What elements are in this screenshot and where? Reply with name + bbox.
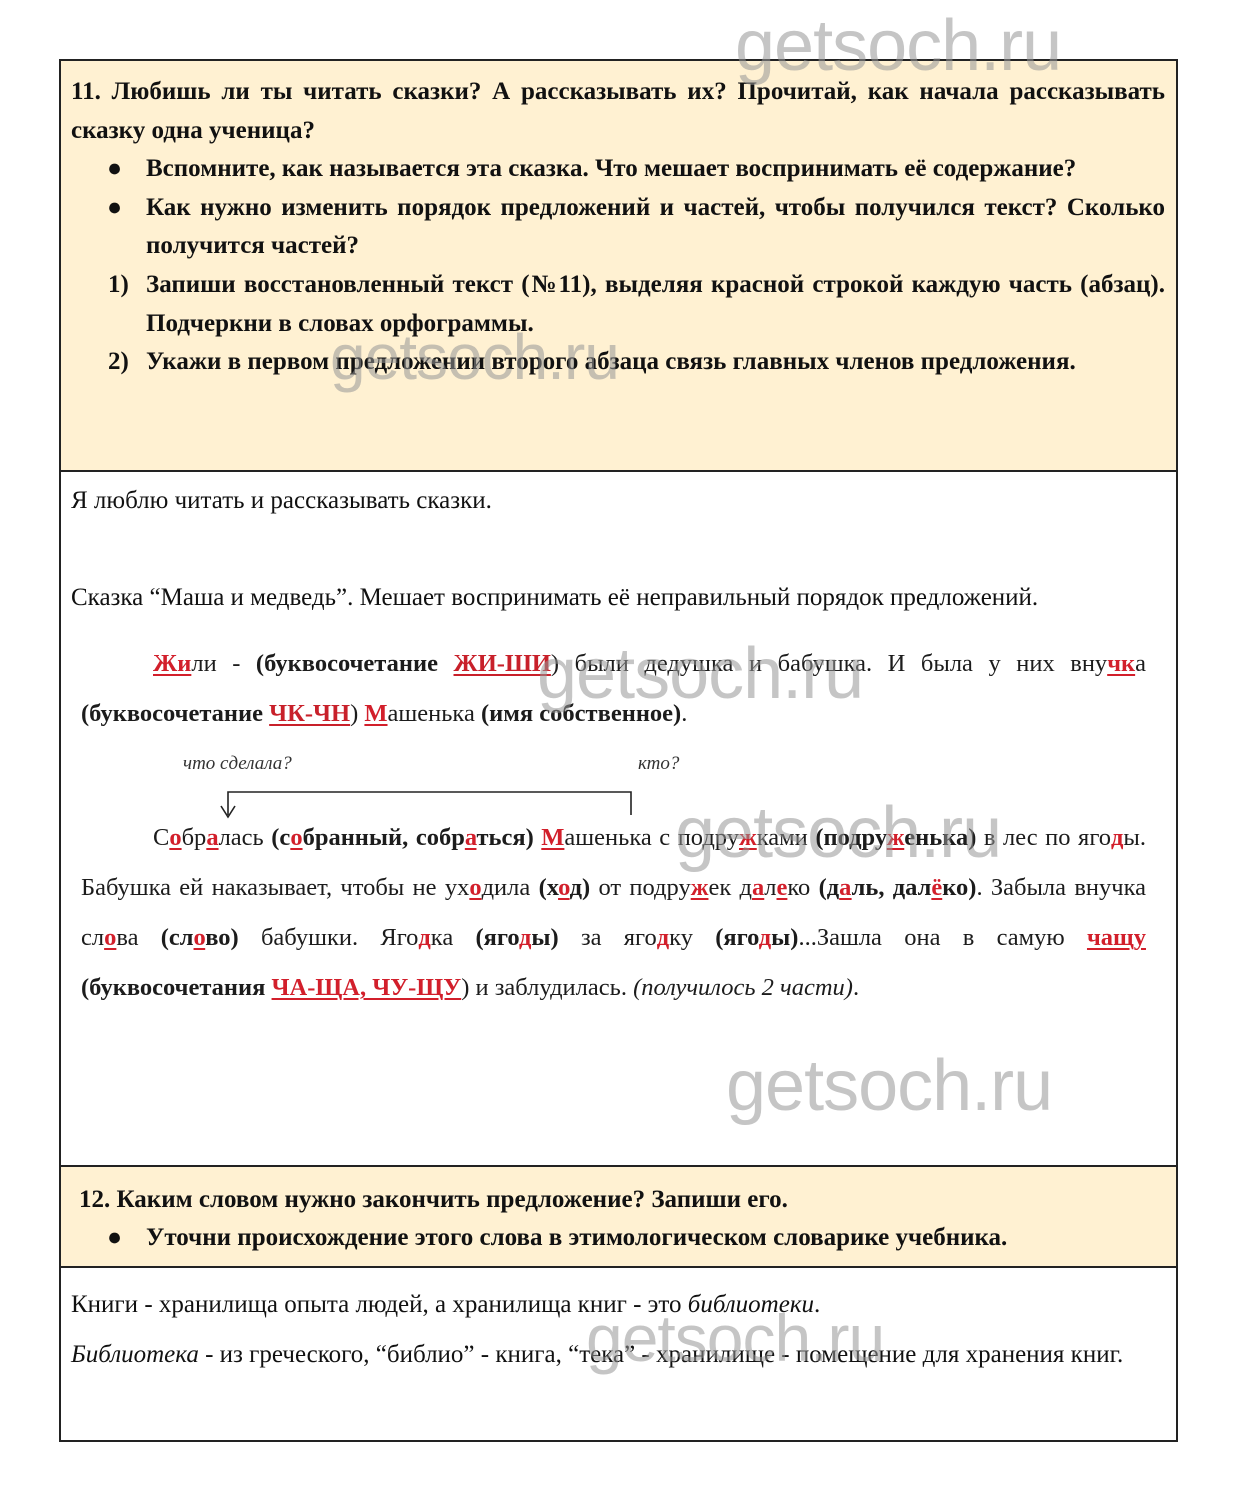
text-segment: ка — [431, 924, 476, 951]
answer-12-line-1: Книги - хранилища опыта людей, а хранили… — [71, 1280, 1166, 1330]
text-segment: ку — [669, 924, 715, 951]
text-segment: д) — [570, 874, 591, 901]
orthogram: о — [469, 874, 481, 901]
orthogram: ЧА-ЩА, ЧУ-ЩУ — [272, 974, 462, 1001]
text-segment: енька) — [904, 824, 976, 851]
text-segment: ...Зашла она в самую — [798, 924, 1087, 951]
orthogram: о — [290, 824, 302, 851]
text-segment: С — [153, 824, 169, 851]
text-segment: ко — [787, 874, 818, 901]
orthogram: а — [839, 874, 851, 901]
text-segment: ва — [116, 924, 160, 951]
task-11-block: 11. Любишь ли ты читать сказки? А расска… — [61, 61, 1176, 472]
text-segment: от подру — [590, 874, 691, 901]
story-paragraph-1: Жили - (буквосочетание ЖИ-ШИ) были дедуш… — [81, 639, 1146, 739]
story-paragraph-2: Собралась (собранный, собраться) Машеньк… — [81, 813, 1146, 1013]
task-11-step-1: 1) Запиши восстановленный текст (№11), в… — [71, 266, 1165, 343]
task-11-bullet: ● Вспомните, как называется эта сказка. … — [71, 150, 1165, 189]
text-segment: (яго — [475, 924, 518, 951]
text-segment: (д — [819, 874, 840, 901]
task-12-block: 12. Каким словом нужно закончить предлож… — [61, 1165, 1176, 1268]
orthogram: д — [1111, 824, 1123, 851]
text-segment: ашенька с подру — [564, 824, 739, 851]
orthogram: а — [465, 824, 477, 851]
orthogram: д — [657, 924, 669, 951]
text-segment: (с — [271, 824, 290, 851]
orthogram: ж — [739, 824, 757, 851]
orthogram: а — [206, 824, 218, 851]
text-segment: ться) — [476, 824, 533, 851]
orthogram: д — [519, 924, 531, 951]
sentence-parse-diagram: что сделала? кто? — [71, 753, 1166, 821]
orthogram: д — [418, 924, 430, 951]
orthogram: а — [752, 874, 764, 901]
orthogram: М — [541, 824, 564, 851]
text-segment: . — [853, 974, 859, 1001]
bullet-icon: ● — [107, 150, 122, 189]
task-12-bullet: ● Уточни происхождение этого слова в эти… — [79, 1219, 1148, 1257]
text-segment: ками — [757, 824, 816, 851]
text-segment: лась — [219, 824, 272, 851]
text-segment: за яго — [559, 924, 657, 951]
text-segment: (яго — [715, 924, 758, 951]
answer-11-line-1: Я люблю читать и рассказывать сказки. — [71, 486, 1166, 516]
text-segment: ы) — [771, 924, 798, 951]
text-segment: ко) — [942, 874, 976, 901]
orthogram: ж — [691, 874, 709, 901]
text-segment: (сл — [161, 924, 194, 951]
text-segment: ) и заблудилась. — [461, 974, 633, 1001]
task-11-heading: 11. Любишь ли ты читать сказки? А расска… — [71, 73, 1165, 150]
bullet-icon: ● — [107, 1219, 122, 1257]
answer-12-block: Книги - хранилища опыта людей, а хранили… — [61, 1268, 1176, 1440]
task-12-heading: 12. Каким словом нужно закончить предлож… — [79, 1181, 1148, 1219]
bullet-icon: ● — [107, 189, 122, 228]
text-segment: ль, дал — [852, 874, 932, 901]
text-segment: (получилось 2 части) — [633, 974, 853, 1001]
answer-12-line-2: Библиотека - из греческого, “библио” - к… — [71, 1330, 1166, 1380]
text-segment: бр — [182, 824, 207, 851]
text-segment: бранный, собр — [303, 824, 465, 851]
orthogram: о — [194, 924, 206, 951]
orthogram: е — [777, 874, 788, 901]
text-segment: ы) — [531, 924, 558, 951]
text-segment: л — [764, 874, 776, 901]
orthogram: ж — [887, 824, 904, 851]
orthogram: ё — [931, 874, 942, 901]
link-arrow-icon — [71, 753, 671, 821]
orthogram: о — [169, 824, 181, 851]
task-11-step-2: 2) Укажи в первом предложении второго аб… — [71, 343, 1165, 382]
answer-11-line-2: Сказка “Маша и медведь”. Мешает восприни… — [71, 573, 1166, 623]
text-segment: в лес по яго — [976, 824, 1111, 851]
orthogram: чащу — [1087, 924, 1146, 951]
orthogram: о — [104, 924, 116, 951]
text-segment: ек д — [708, 874, 752, 901]
text-segment: бабушки. Яго — [239, 924, 419, 951]
homework-table: 11. Любишь ли ты читать сказки? А расска… — [59, 59, 1178, 1442]
text-segment: (буквосочетания — [81, 974, 272, 1001]
text-segment: во) — [205, 924, 238, 951]
task-11-bullet: ● Как нужно изменить порядок предложений… — [71, 189, 1165, 266]
text-segment: (подру — [815, 824, 886, 851]
orthogram: о — [558, 874, 570, 901]
text-segment: дила — [482, 874, 539, 901]
answer-11-block: Я люблю читать и рассказывать сказки. Ск… — [61, 472, 1176, 1165]
text-segment: (х — [539, 874, 558, 901]
orthogram: д — [759, 924, 771, 951]
